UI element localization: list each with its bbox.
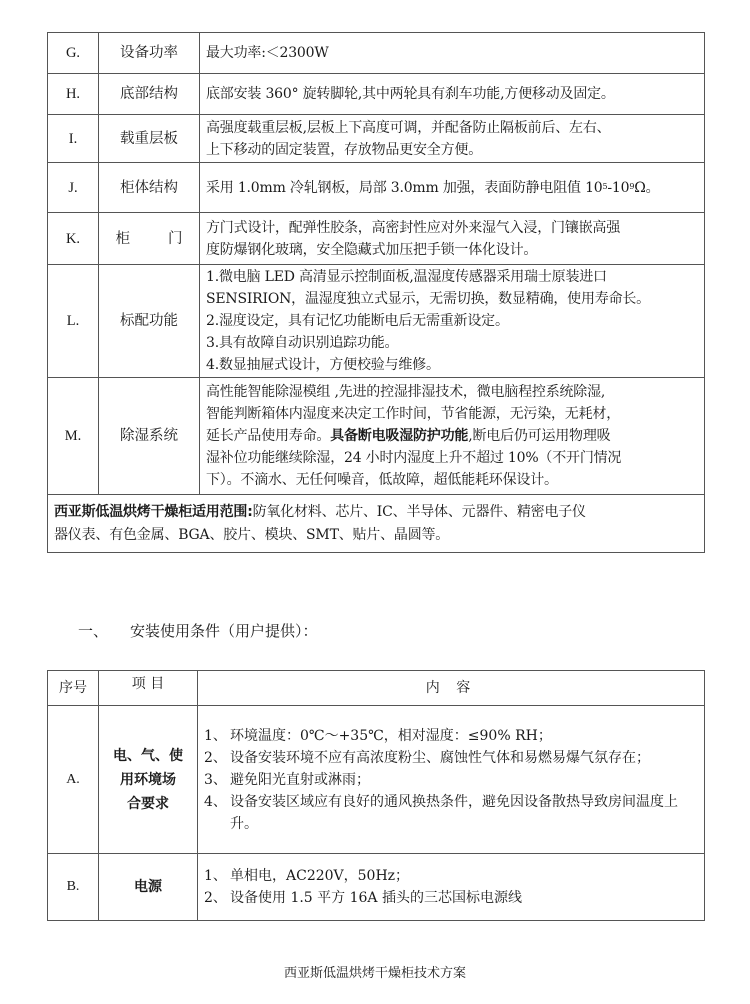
spec-table: G. 设备功率 最大功率:＜2300W H. 底部结构 底部安装 360° 旋转… <box>47 32 705 553</box>
row-content: 1.微电脑 LED 高清显示控制面板,温湿度传感器采用瑞士原装进口 SENSIR… <box>200 265 705 378</box>
row-content: 最大功率:＜2300W <box>200 33 705 74</box>
row-number: A. <box>48 706 99 854</box>
row-content: 底部安装 360° 旋转脚轮,其中两轮具有刹车功能,方便移动及固定。 <box>200 74 705 115</box>
table-row: G. 设备功率 最大功率:＜2300W <box>48 33 705 74</box>
header-item: 项 目 <box>99 671 198 706</box>
list-item: 2、设备使用 1.5 平方 16A 插头的三芯国标电源线 <box>204 887 700 909</box>
row-item: 电、气、使 用环境场 合要求 <box>99 706 198 854</box>
row-content: 采用 1.0mm 冷轧钢板，局部 3.0mm 加强，表面防静电阻值 105-10… <box>200 163 705 213</box>
row-item: 载重层板 <box>99 115 200 163</box>
row-content: 高强度载重层板,层板上下高度可调，并配备防止隔板前后、左右、 上下移动的固定装置… <box>200 115 705 163</box>
table-row: A. 电、气、使 用环境场 合要求 1、环境温度：0℃～+35℃，相对湿度：≤9… <box>48 706 705 854</box>
table-row: B. 电源 1、单相电，AC220V，50Hz； 2、设备使用 1.5 平方 1… <box>48 854 705 921</box>
list-item: 4、设备安装区域应有良好的通风换热条件，避免因设备散热导致房间温度上升。 <box>204 791 700 835</box>
row-content: 1、单相电，AC220V，50Hz； 2、设备使用 1.5 平方 16A 插头的… <box>198 854 705 921</box>
row-number: J. <box>48 163 99 213</box>
document-page: G. 设备功率 最大功率:＜2300W H. 底部结构 底部安装 360° 旋转… <box>0 0 750 1004</box>
row-number: G. <box>48 33 99 74</box>
row-number: M. <box>48 378 99 495</box>
row-number: H. <box>48 74 99 115</box>
page-footer: 西亚斯低温烘烤干燥柜技术方案 <box>0 962 750 981</box>
list-item: 2、设备安装环境不应有高浓度粉尘、腐蚀性气体和易燃易爆气氛存在； <box>204 747 700 769</box>
scope-cell: 西亚斯低温烘烤干燥柜适用范围:防氧化材料、芯片、IC、半导体、元器件、精密电子仪… <box>48 495 705 553</box>
row-item: 柜体结构 <box>99 163 200 213</box>
list-item: 3、避免阳光直射或淋雨； <box>204 769 700 791</box>
table-row: I. 载重层板 高强度载重层板,层板上下高度可调，并配备防止隔板前后、左右、 上… <box>48 115 705 163</box>
conditions-table: 序号 项 目 内 容 A. 电、气、使 用环境场 合要求 1、环境温度：0℃～+… <box>47 670 705 921</box>
row-item: 柜门 <box>99 213 200 265</box>
row-number: K. <box>48 213 99 265</box>
row-item: 标配功能 <box>99 265 200 378</box>
row-number: I. <box>48 115 99 163</box>
header-content: 内 容 <box>198 671 705 706</box>
row-content: 高性能智能除湿模组 ,先进的控湿排湿技术，微电脑程控系统除湿, 智能判断箱体内湿… <box>200 378 705 495</box>
section-heading: 一、安装使用条件（用户提供）： <box>78 620 318 641</box>
header-row: 序号 项 目 内 容 <box>48 671 705 706</box>
row-number: L. <box>48 265 99 378</box>
row-content: 1、环境温度：0℃～+35℃，相对湿度：≤90% RH； 2、设备安装环境不应有… <box>198 706 705 854</box>
table-row: L. 标配功能 1.微电脑 LED 高清显示控制面板,温湿度传感器采用瑞士原装进… <box>48 265 705 378</box>
row-item: 底部结构 <box>99 74 200 115</box>
list-item: 1、环境温度：0℃～+35℃，相对湿度：≤90% RH； <box>204 725 700 747</box>
table-row: M. 除湿系统 高性能智能除湿模组 ,先进的控湿排湿技术，微电脑程控系统除湿, … <box>48 378 705 495</box>
section-title: 安装使用条件（用户提供）： <box>130 622 318 640</box>
table-row: J. 柜体结构 采用 1.0mm 冷轧钢板，局部 3.0mm 加强，表面防静电阻… <box>48 163 705 213</box>
scope-row: 西亚斯低温烘烤干燥柜适用范围:防氧化材料、芯片、IC、半导体、元器件、精密电子仪… <box>48 495 705 553</box>
list-item: 1、单相电，AC220V，50Hz； <box>204 865 700 887</box>
row-number: B. <box>48 854 99 921</box>
table-row: K. 柜门 方门式设计，配弹性胶条，高密封性应对外来湿气入浸，门镶嵌高强 度防爆… <box>48 213 705 265</box>
row-item: 电源 <box>99 854 198 921</box>
row-item: 除湿系统 <box>99 378 200 495</box>
row-item: 设备功率 <box>99 33 200 74</box>
header-no: 序号 <box>48 671 99 706</box>
table-row: H. 底部结构 底部安装 360° 旋转脚轮,其中两轮具有刹车功能,方便移动及固… <box>48 74 705 115</box>
row-content: 方门式设计，配弹性胶条，高密封性应对外来湿气入浸，门镶嵌高强 度防爆钢化玻璃，安… <box>200 213 705 265</box>
section-number: 一、 <box>78 620 130 641</box>
